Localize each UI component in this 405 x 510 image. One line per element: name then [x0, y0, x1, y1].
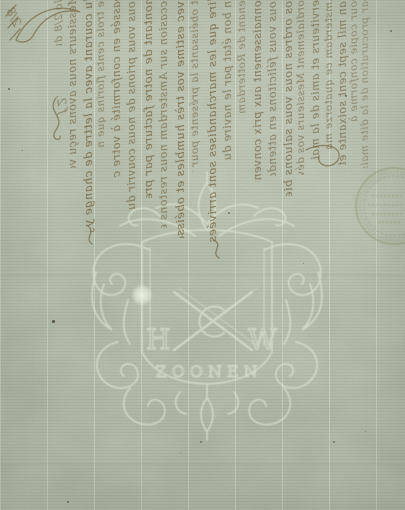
fiber-speck: [180, 452, 181, 453]
fiber-speck: [200, 441, 202, 443]
fiber-speck: [22, 150, 23, 151]
fiber-speck: [8, 88, 10, 90]
fiber-speck: [365, 431, 366, 432]
speck-layer: [0, 0, 405, 510]
fiber-speck: [228, 212, 230, 214]
fiber-speck: [345, 95, 347, 97]
letter-verso-page: H W ZOONEN: [0, 0, 405, 510]
fiber-speck: [303, 263, 304, 264]
fiber-speck: [390, 30, 392, 32]
fiber-speck: [52, 320, 55, 323]
fiber-speck: [333, 441, 335, 443]
fiber-speck: [67, 501, 69, 503]
